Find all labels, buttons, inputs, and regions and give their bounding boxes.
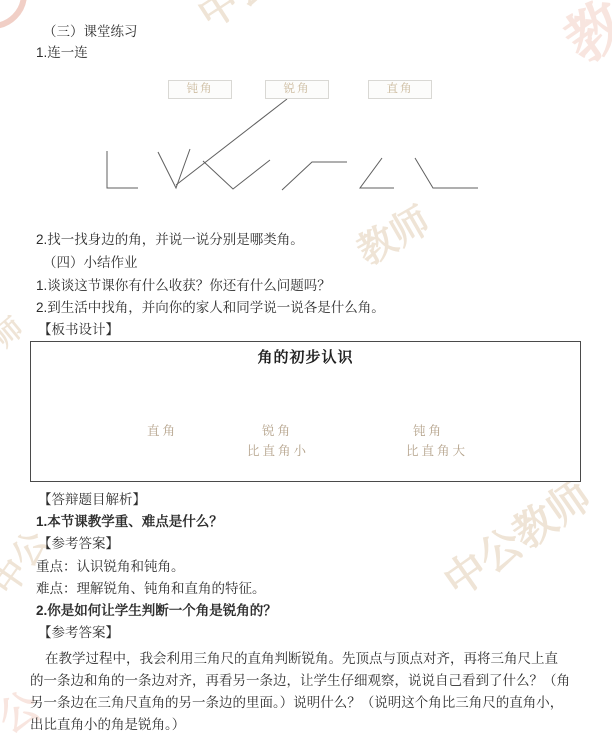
practice-item-find: 2.找一找身边的角，并说一说分别是哪类角。 (36, 232, 304, 247)
qa-answer2-line: 出比直角小的角是锐角。） (30, 714, 600, 736)
watermark-brand-top: 中公教师 (185, 0, 350, 40)
board-design-box: 角的初步认识 (30, 341, 581, 482)
watermark-brand-lower-right: 中公教师 (430, 464, 602, 610)
watermark-left-small: 师 (0, 307, 31, 356)
practice-section-title: （三）课堂练习 (43, 24, 138, 39)
board-note-obtuse: 比直角大 (406, 441, 468, 459)
qa-section-title: 【答辩题目解析】 (38, 492, 146, 507)
board-title: 角的初步认识 (31, 346, 580, 367)
board-section-title: 【板书设计】 (38, 322, 119, 337)
watermark-logo-top-right: 教师 (545, 0, 612, 79)
qa-answer2-line: 另一条边在三角尺直角的另一条边的里面。）说明什么？（说明这个角比三角尺的直角小， (30, 692, 600, 714)
match-connector-line (176, 99, 287, 185)
qa-ref-answer-label-2: 【参考答案】 (38, 625, 119, 640)
angle-shape-wide-v (203, 160, 270, 189)
qa-question-2: 2.你是如何让学生判断一个角是锐角的？ (36, 603, 277, 618)
qa-question-1: 1.本节课教学重、难点是什么？ (36, 514, 223, 529)
match-label-obtuse: 钝角 (168, 80, 232, 99)
summary-item-1: 1.谈谈这节课你有什么收获？你还有什么问题吗？ (36, 278, 331, 293)
angle-shape-obtuse-1 (282, 162, 347, 190)
angle-shape-obtuse-2 (415, 158, 478, 188)
angle-shape-narrow-acute (158, 149, 190, 188)
qa-answer2-line: 的一条边和角的一条边对齐，再看另一条边，让学生仔细观察，说说自己看到了什么？（角 (30, 670, 600, 692)
qa-ref-answer-label-1: 【参考答案】 (38, 536, 119, 551)
angle-shape-acute-2 (360, 158, 394, 188)
board-label-right-angle: 直角 (147, 421, 178, 439)
board-label-obtuse: 钝角 (413, 421, 444, 439)
page: { "practice": { "section_title": "（三）课堂练… (0, 0, 612, 738)
angle-shape-right (107, 151, 138, 188)
qa-answer2-line: 在教学过程中，我会利用三角尺的直角判断锐角。先顶点与顶点对齐，再将三角尺上直 (30, 648, 600, 670)
qa-answer2-paragraph: 在教学过程中，我会利用三角尺的直角判断锐角。先顶点与顶点对齐，再将三角尺上直 的… (30, 648, 600, 736)
qa-answer1-difficulty: 难点：理解锐角、钝角和直角的特征。 (36, 581, 266, 596)
watermark-brand-mid-right: 教师 (345, 190, 438, 276)
practice-item-match: 1.连一连 (36, 45, 88, 60)
qa-answer1-point: 重点：认识锐角和钝角。 (36, 559, 185, 574)
match-label-right: 直角 (368, 80, 432, 99)
summary-section-title: （四）小结作业 (43, 255, 138, 270)
board-label-acute: 锐角 (262, 421, 293, 439)
summary-item-2: 2.到生活中找角，并向你的家人和同学说一说各是什么角。 (36, 300, 385, 315)
board-note-acute: 比直角小 (247, 441, 309, 459)
match-label-acute: 锐角 (265, 80, 329, 99)
